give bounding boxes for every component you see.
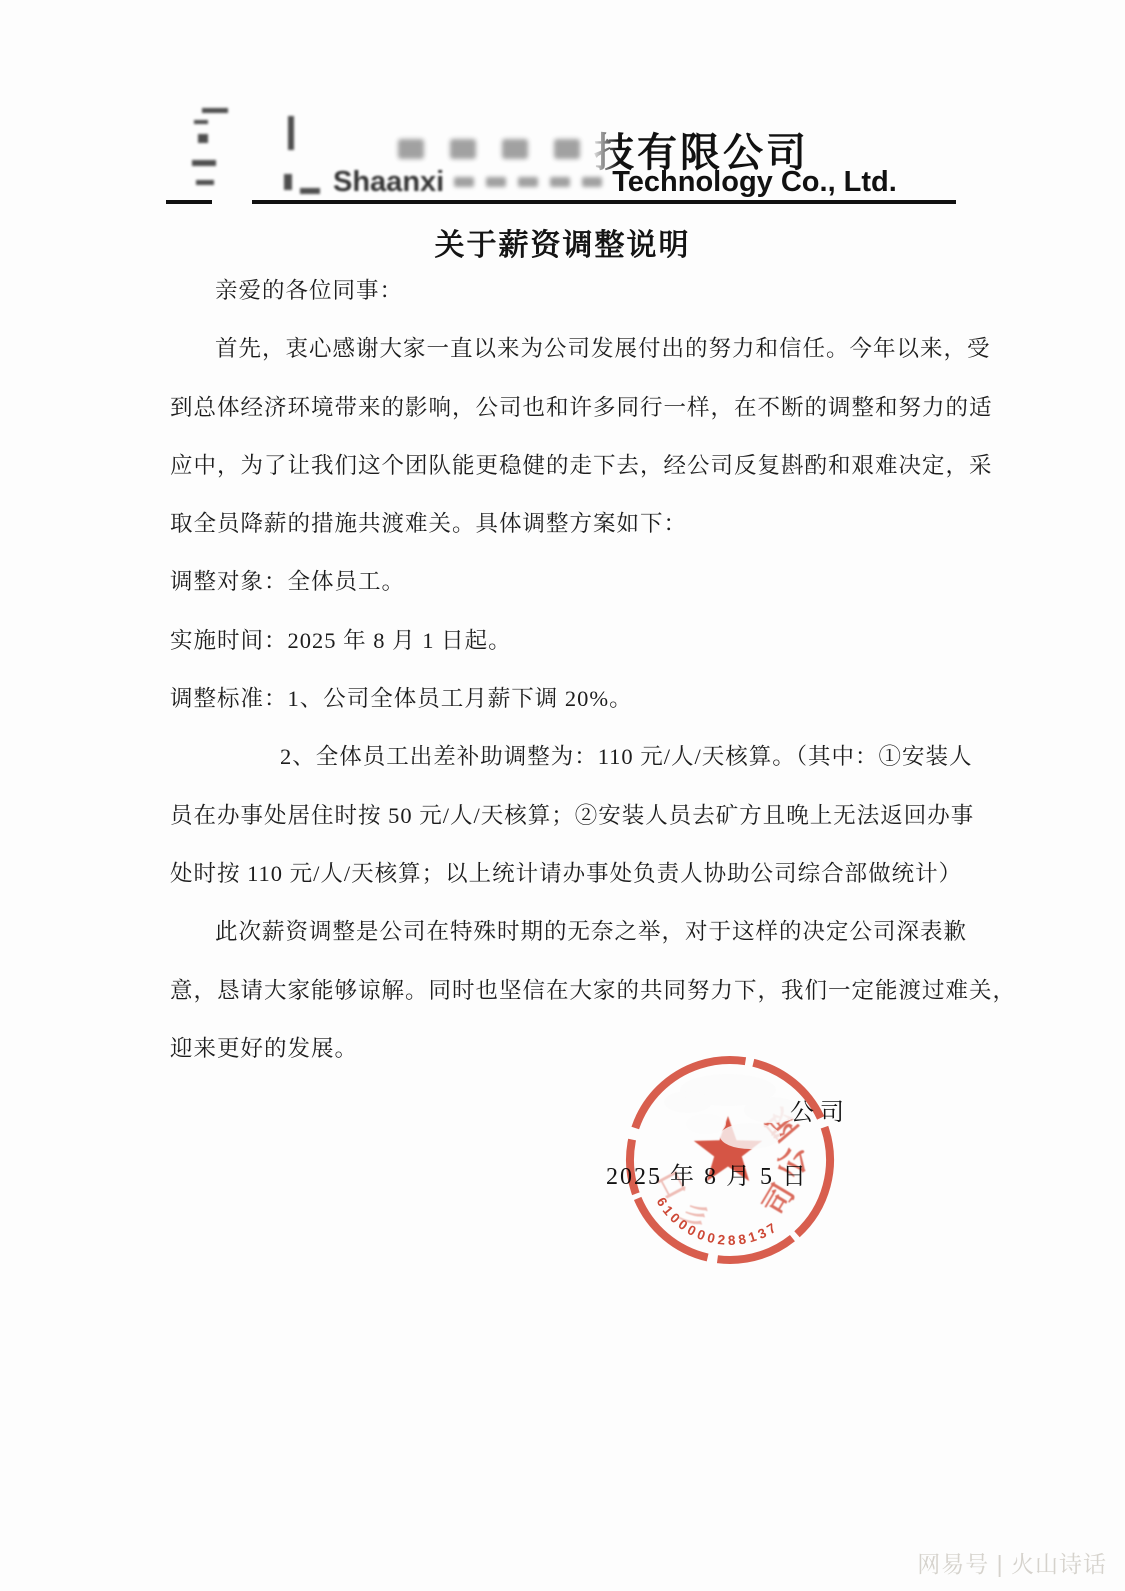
company-name-en: Shaanxi Technology Co., Ltd. bbox=[333, 165, 897, 199]
company-logo-redacted bbox=[192, 104, 330, 200]
header-divider-gap bbox=[212, 196, 252, 207]
document-title: 关于薪资调整说明 bbox=[0, 220, 1125, 264]
company-seal-stamp: 司公限 口 彡 6100000288137 bbox=[610, 1040, 850, 1280]
body-line: 首先，衷心感谢大家一直以来为公司发展付出的努力和信任。今年以来，受 bbox=[170, 320, 954, 378]
body-line: 此次薪资调整是公司在特殊时期的无奈之举，对于这样的决定公司深表歉 bbox=[170, 903, 954, 961]
body-line: 2、全体员工出差补助调整为：110 元/人/天核算。（其中：①安装人 bbox=[170, 728, 954, 786]
adjust-target-line: 调整对象：全体员工。 bbox=[170, 553, 954, 611]
salutation-line: 亲爱的各位同事： bbox=[170, 262, 954, 320]
seal-redaction-blotches bbox=[664, 1074, 800, 1149]
redacted-text-marks bbox=[454, 177, 602, 187]
redacted-text-marks bbox=[398, 139, 580, 159]
seal-faded-glyph: 口 bbox=[650, 1166, 691, 1205]
body-line: 意，恳请大家能够谅解。同时也坚信在大家的共同努力下，我们一定能渡过难关， bbox=[170, 962, 954, 1020]
body-line: 取全员降薪的措施共渡难关。具体调整方案如下： bbox=[170, 495, 954, 553]
company-name-en-suffix: Technology Co., Ltd. bbox=[612, 166, 897, 199]
body-line: 处时按 110 元/人/天核算；以上统计请办事处负责人协助公司综合部做统计） bbox=[170, 845, 954, 903]
body-line: 到总体经济环境带来的影响，公司也和许多同行一样，在不断的调整和努力的适 bbox=[170, 379, 954, 437]
platform-watermark: 网易号 | 火山诗话 bbox=[917, 1546, 1107, 1579]
document-page: 技有限公司 Shaanxi Technology Co., Ltd. 关于薪资调… bbox=[0, 0, 1125, 1591]
body-line: 员在办事处居住时按 50 元/人/天核算；②安装人员去矿方且晚上无法返回办事 bbox=[170, 787, 954, 845]
body-line: 应中，为了让我们这个团队能更稳健的走下去，经公司反复斟酌和艰难决定，采 bbox=[170, 437, 954, 495]
effective-date-line: 实施时间：2025 年 8 月 1 日起。 bbox=[170, 612, 954, 670]
company-name-en-prefix: Shaanxi bbox=[333, 166, 444, 199]
document-body: 亲爱的各位同事： 首先，衷心感谢大家一直以来为公司发展付出的努力和信任。今年以来… bbox=[170, 262, 954, 1078]
header-divider-line bbox=[166, 200, 956, 204]
adjust-standard-line: 调整标准：1、公司全体员工月薪下调 20%。 bbox=[170, 670, 954, 728]
